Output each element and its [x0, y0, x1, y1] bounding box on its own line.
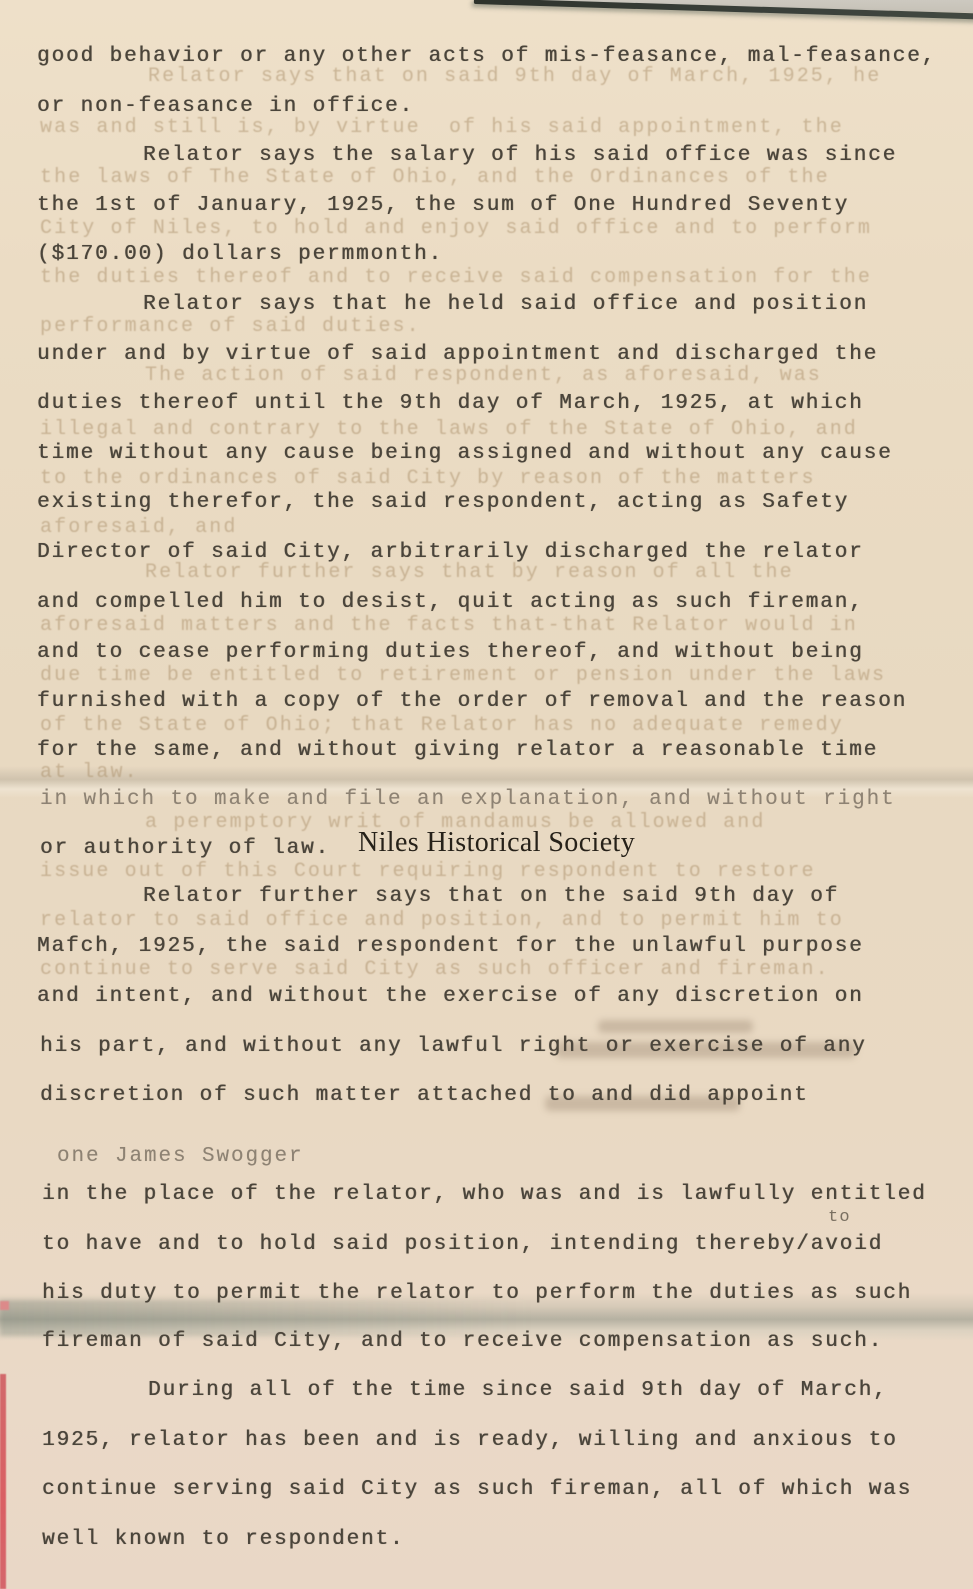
typewritten-line: in the place of the relator, who was and…	[42, 1184, 927, 1205]
typewritten-line: well known to respondent.	[42, 1529, 405, 1550]
watermark: Niles Historical Society	[358, 829, 635, 857]
typewritten-line: in which to make and file an explanation…	[40, 789, 896, 810]
typewritten-line: discretion of such matter attached to an…	[40, 1085, 809, 1106]
typewritten-line: Director of said City, arbitrarily disch…	[37, 542, 864, 563]
typewritten-line: fireman of said City, and to receive com…	[42, 1331, 883, 1352]
typewritten-line: Relator says that he held said office an…	[143, 294, 868, 315]
typewritten-line: During all of the time since said 9th da…	[148, 1380, 888, 1401]
typewritten-line: continue serving said City as such firem…	[42, 1479, 912, 1500]
typewritten-line: duties thereof until the 9th day of Marc…	[37, 393, 864, 414]
typewritten-line: for the same, and without giving relator…	[37, 740, 878, 761]
typewritten-line: one James Swogger	[57, 1146, 304, 1167]
typewritten-line: or non-feasance in office.	[37, 96, 414, 117]
typewritten-line: and compelled him to desist, quit acting…	[37, 592, 864, 613]
typewritten-line: and intent, and without the exercise of …	[37, 986, 864, 1007]
typewritten-line: the 1st of January, 1925, the sum of One…	[37, 195, 849, 216]
scanned-document-page: Relator says that on said 9th day of Mar…	[0, 0, 973, 1589]
typewritten-line: existing therefor, the said respondent, …	[37, 492, 849, 513]
typewritten-line: his duty to permit the relator to perfor…	[42, 1283, 912, 1304]
typewritten-line: under and by virtue of said appointment …	[37, 344, 878, 365]
typewritten-line: and to cease performing duties thereof, …	[37, 642, 864, 663]
typewritten-line: ($170.00) dollars permmonth.	[37, 244, 443, 265]
typewritten-line: Relator says the salary of his said offi…	[143, 145, 897, 166]
interline-insertion: to	[828, 1209, 851, 1226]
typewritten-line: or authority of law.	[40, 838, 330, 859]
typewritten-line: to have and to hold said position, inten…	[42, 1234, 883, 1255]
typewritten-line: furnished with a copy of the order of re…	[37, 691, 907, 712]
typewritten-line: Mafch, 1925, the said respondent for the…	[37, 936, 864, 957]
typewritten-line: his part, and without any lawful right o…	[40, 1036, 867, 1057]
typewritten-text-layer: good behavior or any other acts of mis-f…	[0, 0, 973, 1589]
typewritten-line: 1925, relator has been and is ready, wil…	[42, 1430, 898, 1451]
typewritten-line: time without any cause being assigned an…	[37, 443, 893, 464]
typewritten-line: Relator further says that on the said 9t…	[143, 886, 839, 907]
typewritten-line: good behavior or any other acts of mis-f…	[37, 46, 936, 67]
